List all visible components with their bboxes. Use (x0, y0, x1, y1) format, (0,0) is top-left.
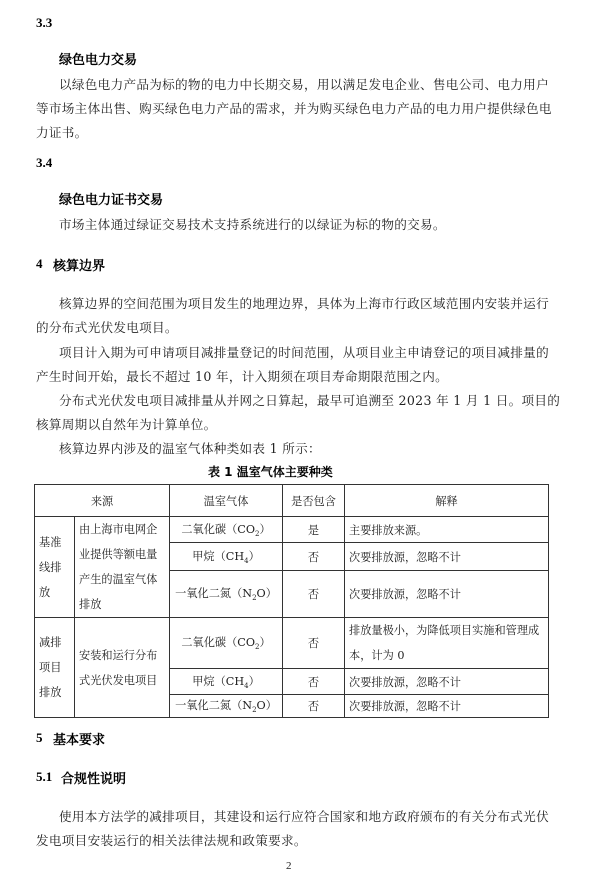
source-project: 安装和运行分布式光伏发电项目 (75, 618, 170, 718)
paragraph-line: 核算边界的空间范围为项目发生的地理边界，具体为上海市行政区域范围内安装并运行 (59, 293, 549, 312)
gas-cell: 一氧化二氮（N2O） (170, 570, 283, 617)
note-cell: 排放量极小，为降低项目实施和管理成本，计为 0 (345, 618, 549, 669)
paragraph-line: 发电项目安装运行的相关法律法规和政策要求。 (36, 830, 307, 849)
header-included: 是否包含 (283, 485, 345, 517)
greenhouse-gas-table: 来源 温室气体 是否包含 解释 基准线排放 由上海市电网企业提供等额电量产生的温… (34, 484, 549, 718)
section-title-green-power-trading: 绿色电力交易 (59, 49, 137, 68)
section-title-compliance: 合规性说明 (61, 768, 126, 787)
table-caption: 表 1 温室气体主要种类 (208, 463, 333, 480)
paragraph-line: 使用本方法学的减排项目，其建设和运行应符合国家和地方政府颁布的有关分布式光伏 (59, 806, 549, 825)
table-header-row: 来源 温室气体 是否包含 解释 (35, 485, 549, 517)
section-number-5: 5 (36, 730, 43, 746)
section-title-basic-requirements: 基本要求 (53, 729, 105, 748)
note-cell: 主要排放来源。 (345, 517, 549, 543)
section-number-3-3: 3.3 (36, 15, 52, 31)
paragraph-line: 项目计入期为可申请项目减排量登记的时间范围，从项目业主申请登记的项目减排量的 (59, 342, 549, 361)
included-cell: 否 (283, 543, 345, 570)
section-number-4: 4 (36, 256, 43, 272)
gas-cell: 二氧化碳（CO2） (170, 517, 283, 543)
paragraph-line: 产生时间开始，最长不超过 10 年，计入期须在项目寿命期限范围之内。 (36, 366, 448, 385)
included-cell: 否 (283, 570, 345, 617)
included-cell: 否 (283, 618, 345, 669)
included-cell: 否 (283, 669, 345, 695)
note-cell: 次要排放源，忽略不计 (345, 695, 549, 718)
included-cell: 否 (283, 695, 345, 718)
category-project: 减排项目排放 (35, 618, 75, 718)
section-number-5-1: 5.1 (36, 769, 52, 785)
paragraph-line: 等市场主体出售、购买绿色电力产品的需求，并为购买绿色电力产品的电力用户提供绿色电 (36, 98, 552, 117)
header-source: 来源 (35, 485, 170, 517)
included-cell: 是 (283, 517, 345, 543)
note-cell: 次要排放源，忽略不计 (345, 570, 549, 617)
page-number: 2 (286, 860, 292, 872)
section-title-green-certificate-trading: 绿色电力证书交易 (59, 189, 163, 208)
paragraph-line: 的分布式光伏发电项目。 (36, 317, 178, 336)
gas-cell: 甲烷（CH4） (170, 543, 283, 570)
gas-cell: 二氧化碳（CO2） (170, 618, 283, 669)
note-cell: 次要排放源，忽略不计 (345, 543, 549, 570)
paragraph-line: 市场主体通过绿证交易技术支持系统进行的以绿证为标的物的交易。 (59, 214, 446, 233)
gas-cell: 甲烷（CH4） (170, 669, 283, 695)
paragraph-line: 分布式光伏发电项目减排量从并网之日算起，最早可追溯至 2023 年 1 月 1 … (59, 390, 560, 409)
source-baseline: 由上海市电网企业提供等额电量产生的温室气体排放 (75, 517, 170, 618)
category-baseline: 基准线排放 (35, 517, 75, 618)
gas-cell: 一氧化二氮（N2O） (170, 695, 283, 718)
paragraph-line: 核算周期以自然年为计算单位。 (36, 414, 217, 433)
note-cell: 次要排放源，忽略不计 (345, 669, 549, 695)
paragraph-line: 以绿色电力产品为标的物的电力中长期交易，用以满足发电企业、售电公司、电力用户 (59, 74, 549, 93)
paragraph-line: 力证书。 (36, 122, 88, 141)
header-explanation: 解释 (345, 485, 549, 517)
header-gas: 温室气体 (170, 485, 283, 517)
paragraph-line: 核算边界内涉及的温室气体种类如表 1 所示： (59, 438, 321, 457)
section-number-3-4: 3.4 (36, 155, 52, 171)
table-row: 减排项目排放 安装和运行分布式光伏发电项目 二氧化碳（CO2） 否 排放量极小，… (35, 618, 549, 669)
table-row: 基准线排放 由上海市电网企业提供等额电量产生的温室气体排放 二氧化碳（CO2） … (35, 517, 549, 543)
section-title-accounting-boundary: 核算边界 (53, 255, 105, 274)
